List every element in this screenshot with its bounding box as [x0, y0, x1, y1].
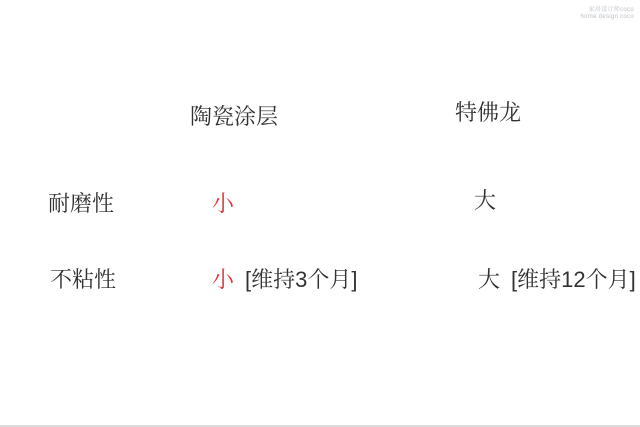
- cell-nonstick-ceramic-note: [维持3个月]: [245, 269, 357, 291]
- column-header-teflon: 特佛龙: [455, 102, 521, 124]
- cell-nonstick-teflon-value: 大: [478, 269, 500, 291]
- cell-nonstick-teflon: 大 [维持12个月]: [478, 269, 636, 291]
- cell-nonstick-teflon-note: [维持12个月]: [511, 269, 636, 291]
- cell-wear-ceramic-value: 小: [212, 193, 234, 215]
- cell-wear-teflon: 大: [474, 190, 496, 212]
- watermark-line1: 家居设计师coco: [581, 7, 635, 14]
- cell-wear-teflon-value: 大: [474, 190, 496, 212]
- row-label-non-stick: 不粘性: [50, 269, 116, 291]
- cell-nonstick-ceramic: 小 [维持3个月]: [212, 269, 357, 291]
- cell-wear-ceramic: 小: [212, 193, 234, 215]
- comparison-slide: 家居设计师coco home design coco 陶瓷涂层 特佛龙 耐磨性 …: [0, 0, 640, 427]
- cell-nonstick-ceramic-value: 小: [212, 269, 234, 291]
- column-header-ceramic-coating: 陶瓷涂层: [190, 106, 278, 128]
- watermark: 家居设计师coco home design coco: [581, 7, 635, 21]
- row-label-wear-resistance: 耐磨性: [48, 193, 114, 215]
- watermark-line2: home design coco: [581, 14, 635, 21]
